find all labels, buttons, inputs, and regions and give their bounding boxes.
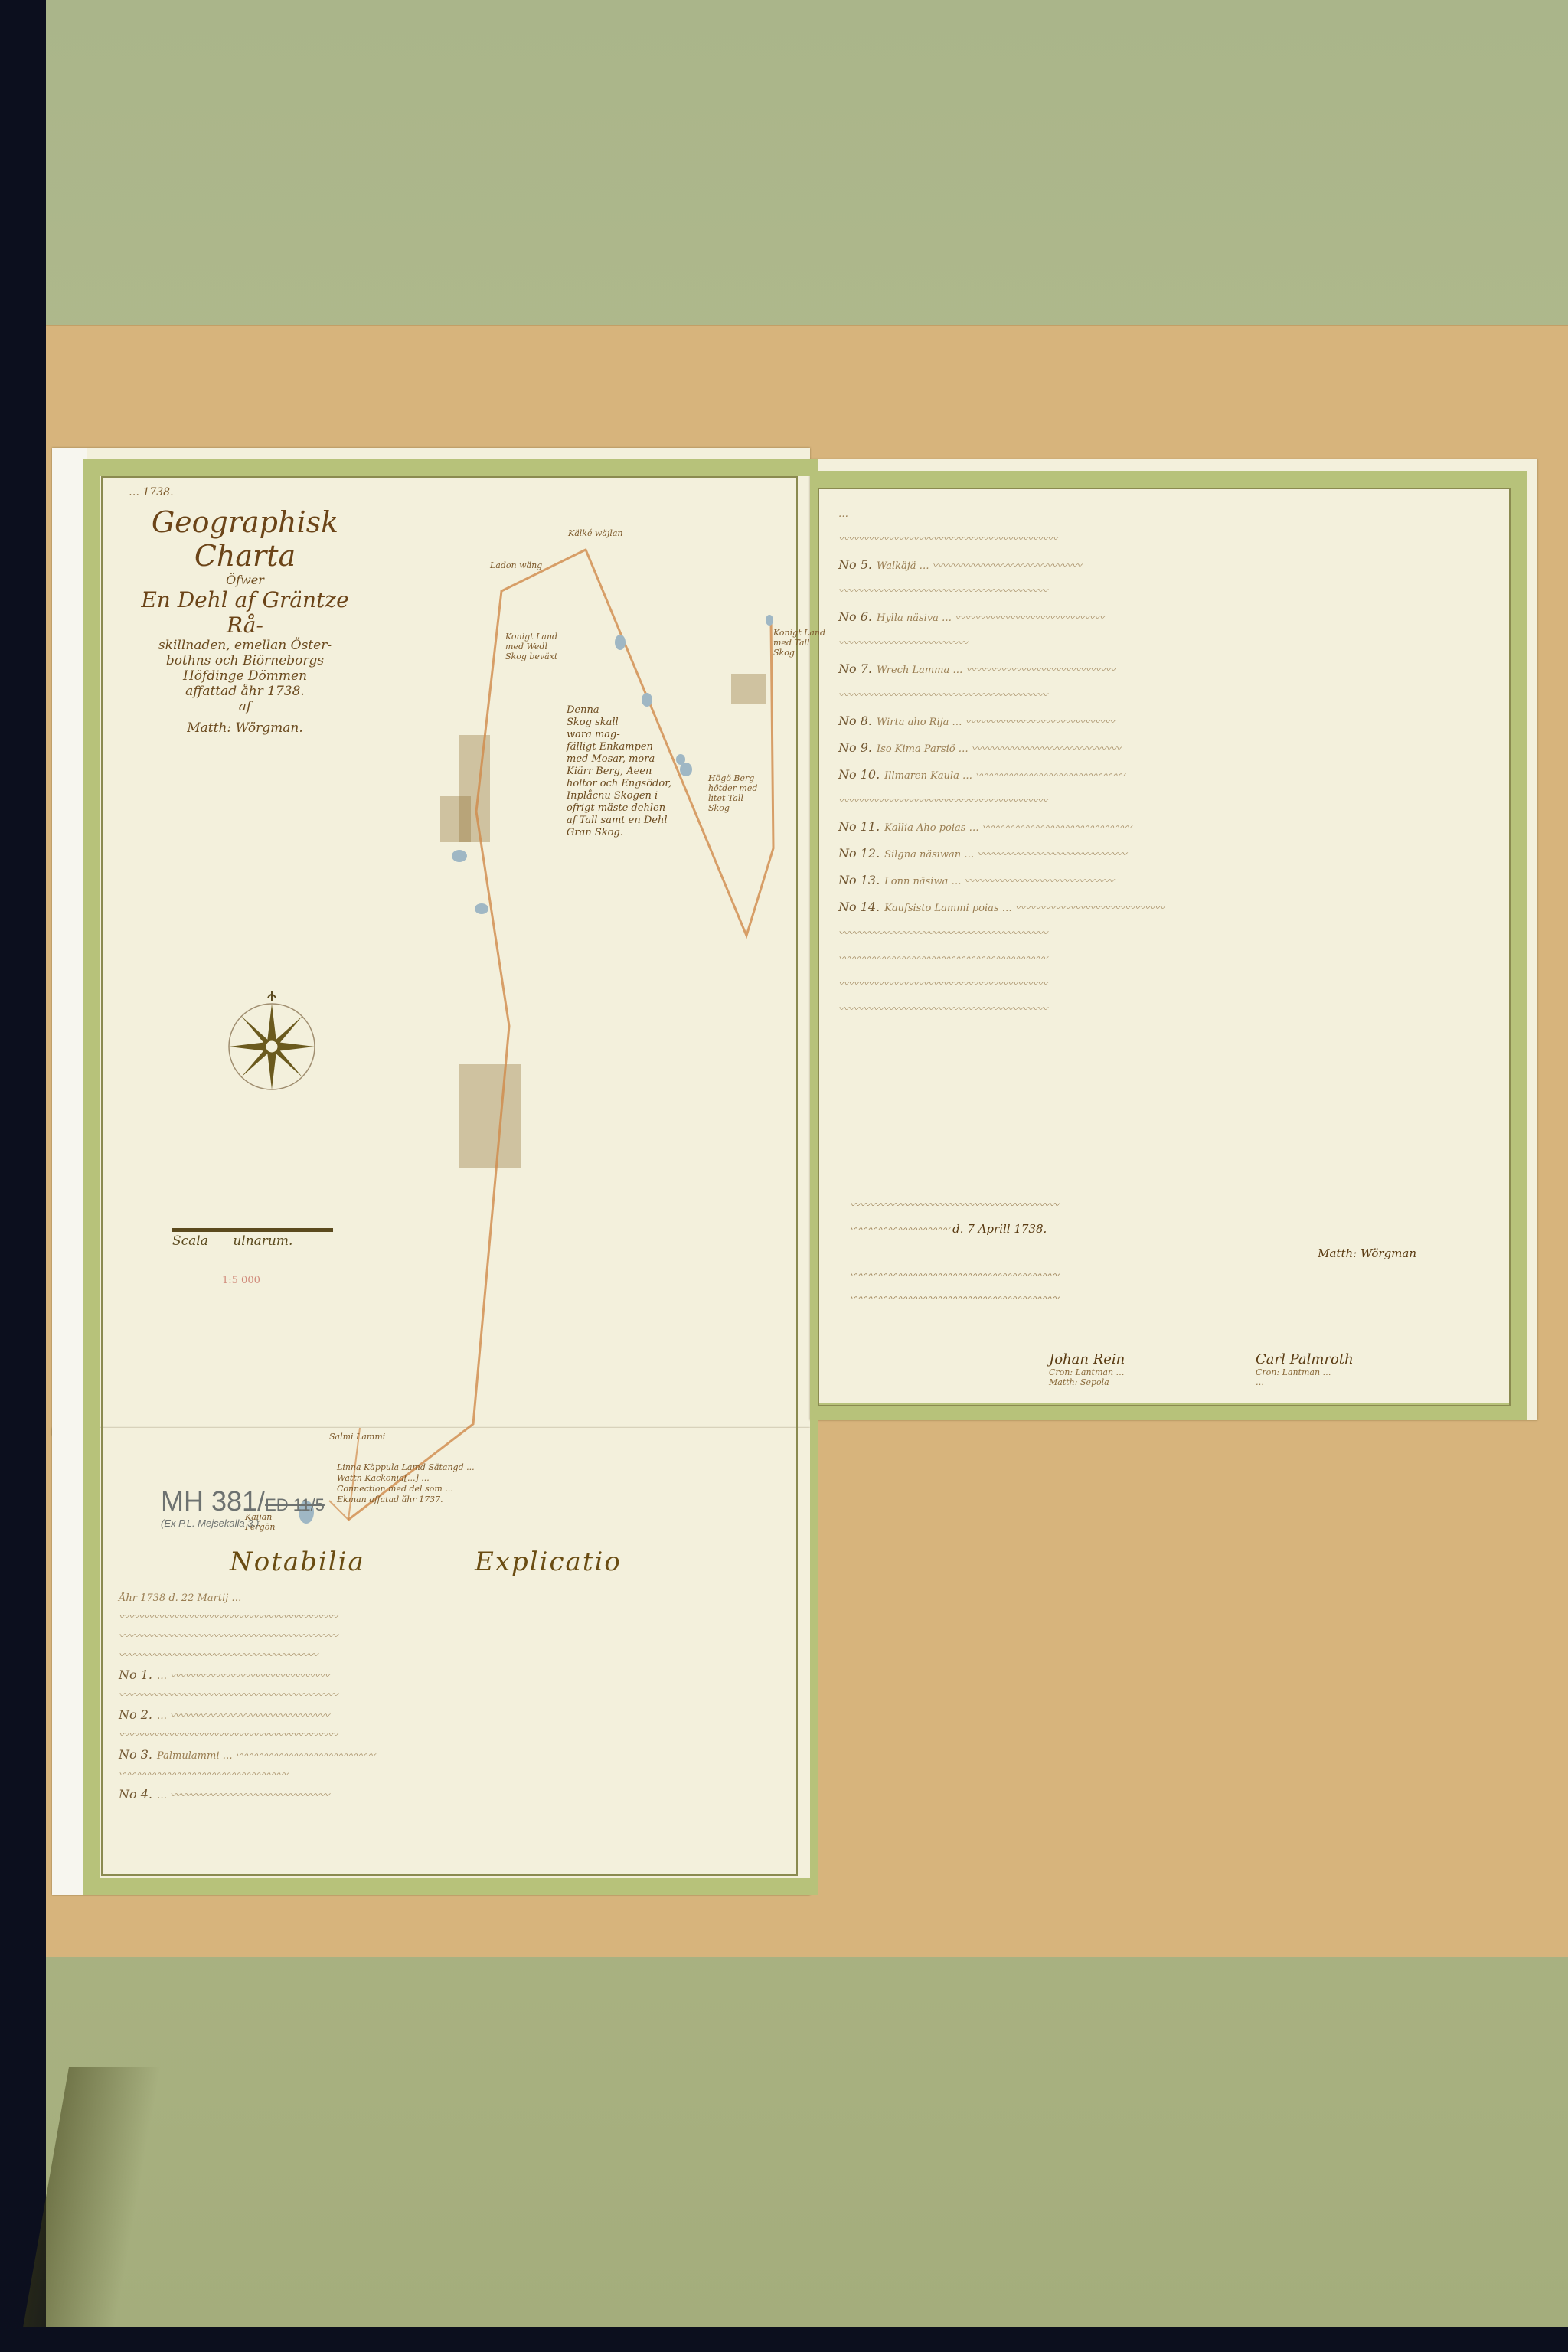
title-line-3: En Dehl af Gräntze Rå- [130,587,360,638]
signature-2: Carl Palmroth Cron: Lantman … … [1256,1351,1354,1387]
place-label: Kälké wäjlan [568,528,623,538]
title-line-6: Höfdinge Dömmen [130,668,360,684]
lake [452,850,467,862]
scale-label: Scala ulnarum. [172,1233,333,1249]
repair-patch [731,674,766,704]
title-line-2: Öfwer [130,573,360,587]
repair-patch [459,1064,521,1168]
title-line-1: Geographisk Charta [130,505,360,573]
lake [615,635,626,650]
notabilia-text: Åhr 1738 d. 22 Martij … 〰〰〰〰〰〰〰〰〰〰〰〰〰〰〰〰… [119,1589,800,1805]
sheet-edge [52,448,87,1895]
closing-text: 〰〰〰〰〰〰〰〰〰〰〰〰〰〰〰〰〰〰〰〰〰 〰〰〰〰〰〰〰〰〰〰 d. 7 Ap… [850,1194,1508,1311]
lower-legend: Linna Käppula Lamd Sätangd ...Wattn Kack… [337,1462,475,1505]
compass-rose-icon [226,991,318,1091]
title-line-5: bothns och Biörneborgs [130,653,360,668]
place-label: Salmi Lammi [329,1432,385,1442]
lake [680,763,692,776]
notabilia-heading: Notabilia [230,1547,365,1577]
signature-1: Johan Rein Cron: Lantman … Matth: Sepola [1049,1351,1125,1387]
catalog-number: MH 381/ED 11/5 (Ex P.L. Mejsekalla 3.) [161,1485,325,1529]
repair-patch [440,796,471,842]
place-label: Ladon wäng [490,560,542,570]
top-annotation: … 1738. [129,486,174,498]
map-title: Geographisk Charta Öfwer En Dehl af Grän… [130,505,360,736]
map-author: Matth: Wörgman. [130,720,360,736]
pencil-note: 1:5 000 [222,1275,260,1286]
scale-bar: Scala ulnarum. [172,1217,333,1249]
explanation-text: … 〰〰〰〰〰〰〰〰〰〰〰〰〰〰〰〰〰〰〰〰〰〰 No 5.Walkäjä … … [838,501,1504,1022]
scale-bar-line [172,1228,333,1232]
place-label: Konigt Land med Wedl Skog beväxt [505,632,559,661]
explicatio-heading: Explicatio [475,1547,622,1577]
area-note: DennaSkog skallwara mag- fälligt Enkampe… [567,704,681,839]
title-line-4: skillnaden, emellan Öster- [130,638,360,653]
title-line-8: af [130,699,360,714]
place-label: Högö Berg hötder med litet Tall Skog [708,773,762,813]
lake [475,903,488,914]
title-line-7: affattad åhr 1738. [130,684,360,699]
lake [766,615,773,626]
place-label: Konigt Land med Tall Skog [773,628,827,658]
